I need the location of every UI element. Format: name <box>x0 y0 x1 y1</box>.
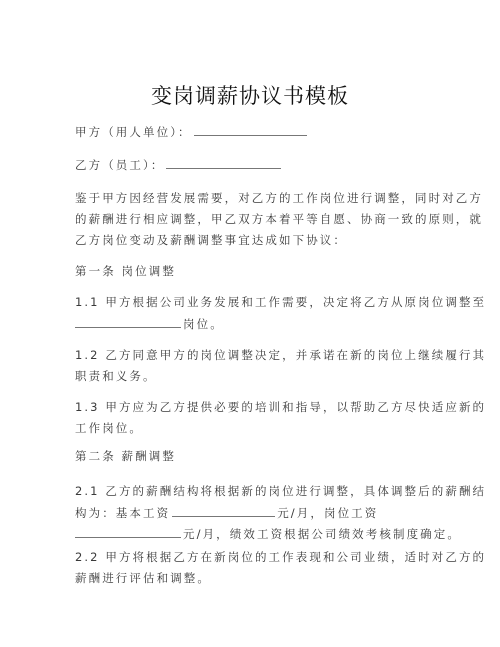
clause-1-3-line-1: 1.3 甲方应为乙方提供必要的培训和指导，以帮助乙方尽快适应新的 <box>75 400 486 414</box>
clause-1-1-suffix: 岗位。 <box>183 317 224 331</box>
base-salary-blank[interactable] <box>172 505 275 517</box>
party-b-blank[interactable] <box>166 157 281 169</box>
position-salary-blank[interactable] <box>75 526 181 538</box>
clause-2-1-prefix: 构为：基本工资 <box>75 506 170 520</box>
clause-2-2-line-2: 薪酬进行评估和调整。 <box>75 571 211 585</box>
preamble-line-3: 乙方岗位变动及薪酬调整事宜达成如下协议： <box>75 233 347 247</box>
clause-1-2-line-1: 1.2 乙方同意甲方的岗位调整决定，并承诺在新的岗位上继续履行其 <box>75 348 486 362</box>
clause-2-1-suffix: 元/月，绩效工资根据公司绩效考核制度确定。 <box>183 527 461 541</box>
article1-heading: 第一条 岗位调整 <box>75 264 176 278</box>
new-position-blank[interactable] <box>75 316 181 328</box>
clause-1-1-line-1: 1.1 甲方根据公司业务发展和工作需要，决定将乙方从原岗位调整至 <box>75 295 486 309</box>
preamble-line-2: 的薪酬进行相应调整，甲乙双方本着平等自愿、协商一致的原则，就 <box>75 212 483 226</box>
party-a-blank[interactable] <box>194 124 307 136</box>
clause-1-1-line-2: 岗位。 <box>75 316 224 331</box>
document-title: 变岗调薪协议书模板 <box>0 80 500 110</box>
clause-1-2-line-2: 职责和义务。 <box>75 369 157 383</box>
party-b-label: 乙方（员工）： <box>75 158 164 172</box>
party-a-row: 甲方（用人单位）： <box>75 124 309 139</box>
party-a-label: 甲方（用人单位）： <box>75 125 192 139</box>
article2-heading: 第二条 薪酬调整 <box>75 449 176 463</box>
clause-2-1-line-1: 2.1 乙方的薪酬结构将根据新的岗位进行调整，具体调整后的薪酬结 <box>75 484 486 498</box>
party-b-row: 乙方（员工）： <box>75 157 283 172</box>
preamble-line-1: 鉴于甲方因经营发展需要，对乙方的工作岗位进行调整，同时对乙方 <box>75 191 483 205</box>
clause-1-3-line-2: 工作岗位。 <box>75 421 143 435</box>
clause-2-1-mid: 元/月，岗位工资 <box>277 506 378 520</box>
clause-2-2-line-1: 2.2 甲方将根据乙方在新岗位的工作表现和公司业绩，适时对乙方的 <box>75 550 486 564</box>
clause-2-1-line-3: 元/月，绩效工资根据公司绩效考核制度确定。 <box>75 526 461 541</box>
clause-2-1-line-2: 构为：基本工资元/月，岗位工资 <box>75 505 378 520</box>
